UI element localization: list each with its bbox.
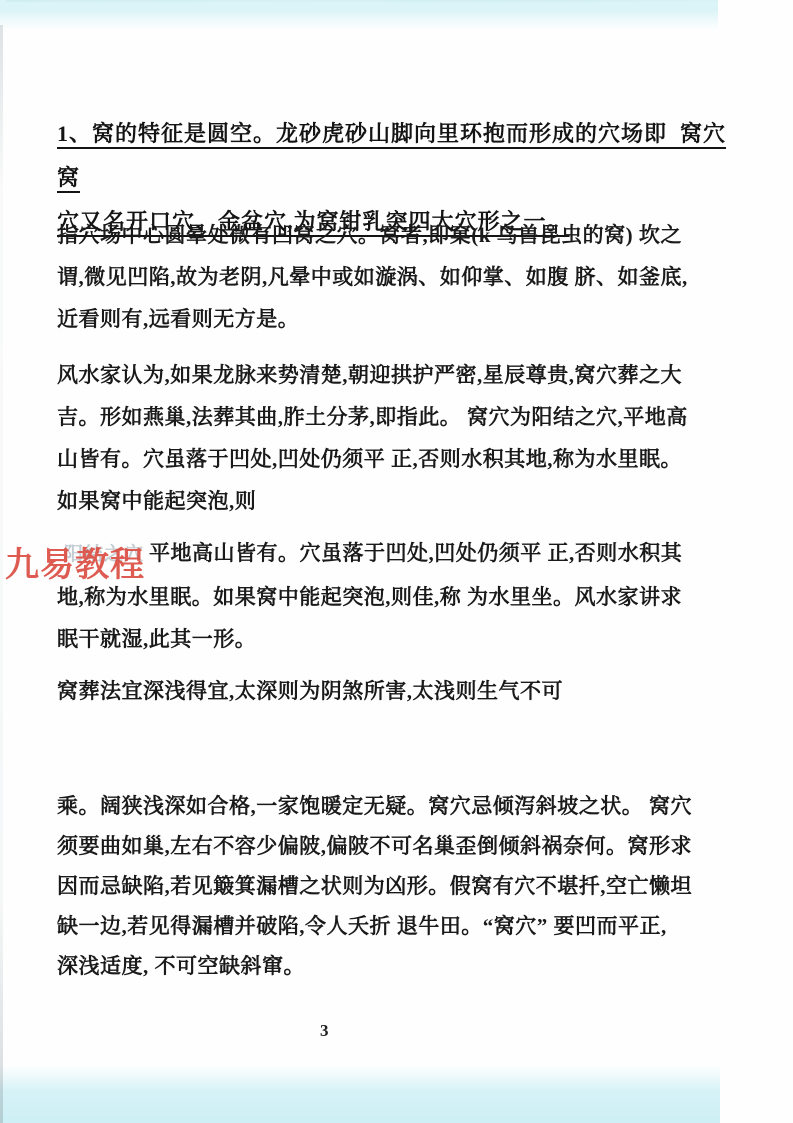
scan-edge-left	[0, 25, 3, 1123]
paragraph-2: 风水家认为,如果龙脉来势清楚,朝迎拱护严密,星辰尊贵,窝穴葬之大 吉。形如燕巢,…	[57, 354, 733, 522]
scanned-document-page: 1、窝的特征是圆空。龙砂虎砂山脚向里环抱而形成的穴场即 窝穴窝 穴又名开口穴、金…	[0, 0, 793, 1123]
paragraph-4: 窝葬法宜深浅得宜,太深则为阴煞所害,太浅则生气不可	[57, 670, 733, 712]
scan-tint-bottom	[0, 1065, 720, 1123]
red-watermark: 九易教程	[5, 548, 145, 582]
scan-tint-top	[0, 0, 718, 30]
paragraph-3: 阳结之穴平地高山皆有。穴虽落于凹处,凹处仍须平 正,否则水积其 地,称为水里眠。…	[57, 532, 733, 660]
paragraph-3-text: 平地高山皆有。穴虽落于凹处,凹处仍须平 正,否则水积其 地,称为水里眠。如果窝中…	[57, 541, 682, 651]
page-number: 3	[320, 1021, 329, 1041]
paragraph-5: 乘。阔狭浅深如合格,一家饱暖定无疑。窝穴忌倾泻斜坡之状。 窝穴 须要曲如巢,左右…	[57, 786, 733, 986]
paragraph-1: 指穴场中心圆晕处微有凹窝之穴。窝者,即窠(k 鸟兽昆虫的窝) 坎之 谓,微见凹陷…	[57, 214, 733, 340]
